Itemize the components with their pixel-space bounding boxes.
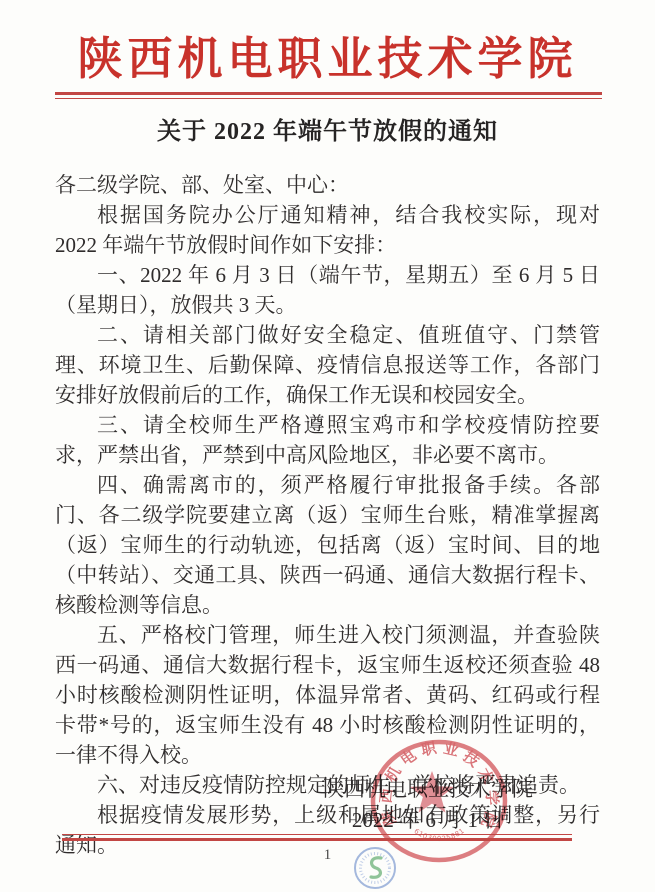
document-page: 陕西机电职业技术学院 关于 2022 年端午节放假的通知 各二级学院、部、处室、… bbox=[0, 0, 655, 892]
document-title: 关于 2022 年端午节放假的通知 bbox=[0, 111, 655, 146]
body-paragraph: 五、严格校门管理，师生进入校门须测温，并查验陕西一码通、通信大数据行程卡，返宝师… bbox=[55, 620, 600, 770]
salutation-line: 各二级学院、部、处室、中心： bbox=[55, 170, 600, 200]
letterhead-double-rule bbox=[55, 92, 602, 99]
body-paragraph: 根据国务院办公厅通知精神，结合我校实际，现对 2022 年端午节放假时间作如下安… bbox=[55, 200, 600, 260]
body-paragraph: 一、2022 年 6 月 3 日（端午节，星期五）至 6 月 5 日（星期日），… bbox=[55, 260, 600, 320]
signature-block: 陕西机电职业技术学院 2022 年 6 月 1 日 bbox=[323, 774, 533, 836]
body-paragraph: 二、请相关部门做好安全稳定、值班值守、门禁管理、环境卫生、后勤保障、疫情信息报送… bbox=[55, 320, 600, 410]
page-number: 1 bbox=[0, 847, 655, 864]
signature-org: 陕西机电职业技术学院 bbox=[323, 774, 533, 805]
document-body: 各二级学院、部、处室、中心： 根据国务院办公厅通知精神，结合我校实际，现对 20… bbox=[55, 170, 600, 860]
footer-double-rule bbox=[62, 834, 572, 841]
letterhead-title: 陕西机电职业技术学院 bbox=[0, 22, 655, 87]
body-paragraph: 三、请全校师生严格遵照宝鸡市和学校疫情防控要求，严禁出省，严禁到中高风险地区，非… bbox=[55, 410, 600, 470]
signature-date: 2022 年 6 月 1 日 bbox=[323, 805, 533, 836]
body-paragraph: 四、确需离市的，须严格履行审批报备手续。各部门、各二级学院要建立离（返）宝师生台… bbox=[55, 470, 600, 620]
